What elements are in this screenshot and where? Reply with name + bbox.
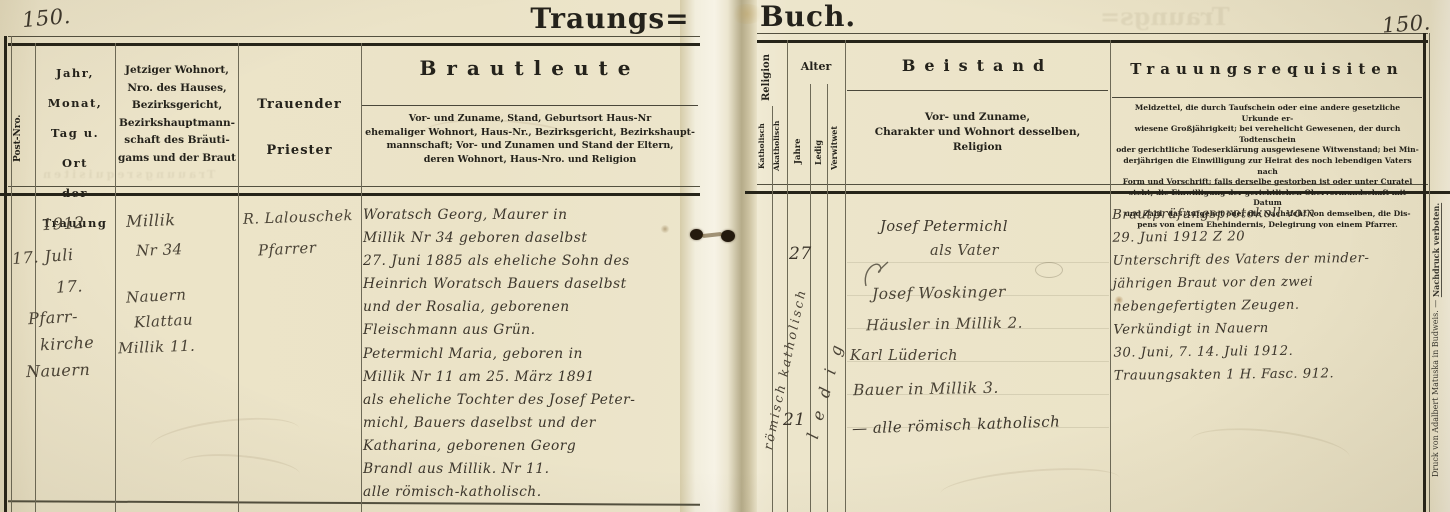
table-rule [362,105,698,106]
column-header-brautleute: Brautleute [363,56,697,80]
table-rule [8,43,700,46]
page-number-left: 150. [21,4,72,32]
column-header-jahre: Jahre [793,116,807,186]
entry-residence: Klattau [134,310,194,331]
table-rule [847,90,1108,91]
column-header-priest: Trauender Priester [240,82,359,174]
column-header-brautleute-subtitle: Vor- und Zuname, Stand, Geburtsort Haus-… [365,112,695,166]
table-rule [757,40,1428,43]
paper-stain [730,4,764,24]
column-header-beistand-subtitle: Vor- und Zuname, Charakter und Wohnort d… [855,110,1100,155]
table-rule [845,40,846,512]
entry-year: 1912 [42,213,86,234]
column-header-katholisch: Katholisch [757,106,771,186]
column-header-date-place: Jahr, Monat, Tag u. Ort der Trauung [36,58,114,238]
printer-credit: Druck von Adalbert Matuska in Budweis. —… [1431,168,1446,512]
column-header-ledig: Ledig [813,120,826,186]
pen-flourish [860,258,894,288]
entry-place: Nauern [26,360,91,381]
book-title-left-half: Traungs= [520,2,700,35]
entry-day: 17. [56,276,84,296]
entry-brautleute: Woratsch Georg, Maurer in Millik Nr 34 g… [363,204,699,504]
entry-witness: Karl Lüderich [850,348,958,364]
table-rule [361,43,362,512]
entry-age-bride: 21 [783,410,806,430]
entry-witness: Josef Petermichl [880,219,1008,235]
column-header-religion: Religion [761,48,776,106]
entry-place: Pfarr- [28,307,79,329]
table-rule [11,36,12,512]
entry-residence: Millik [126,210,176,231]
book-title-right-half: Buch. [760,0,870,33]
entry-residence: Millik 11. [118,337,196,358]
printer-credit-text: Druck von Adalbert Matuska in Budweis. — [1431,297,1440,477]
column-header-post-nro: Post-Nro. [13,88,27,188]
table-rule [8,36,700,37]
table-rule [757,33,1428,34]
entry-residence: Nauern [126,285,187,306]
binding-smudge [702,232,722,238]
table-rule [1110,40,1111,512]
table-rule [115,43,116,512]
printer-credit-warning: Nachdruck verboten. [1431,203,1441,297]
scanned-marriage-register-spread: Trauungsrequisiten Traungs= 150. Traungs… [0,0,1450,512]
entry-trauungsrequisiten: Brautprüfungsprotokoll vom 29. Juni 1912… [1112,200,1436,387]
entry-age-groom: 27 [789,244,812,264]
column-header-alter: Alter [787,60,845,73]
table-rule [787,40,788,512]
column-header-verwitwet: Verwitwet [829,110,843,186]
entry-priest-title: Pfarrer [258,238,317,259]
entry-place: kirche [40,333,95,355]
binding-hole-icon [721,230,735,242]
entry-residence: Nr 34 [136,240,183,260]
entry-witness-occupation: Häusler in Millik 2. [866,314,1023,335]
column-header-residence: Jetziger Wohnort, Nro. des Hauses, Bezir… [117,62,237,167]
bleedthrough-text: Traungs= [1100,2,1230,31]
column-header-beistand: Beistand [847,56,1108,75]
entry-witness-occupation: Bauer in Millik 3. [853,379,999,400]
table-rule [1112,97,1422,98]
entry-witness-role: als Vater [930,243,999,259]
column-header-akatholisch: Akatholisch [772,106,786,186]
ink-ring-mark [1035,262,1063,278]
column-header-trauungsrequisiten: Trauungsrequisiten [1112,60,1422,78]
table-rule [827,84,828,512]
table-rule [810,84,811,512]
entry-witness: Josef Woskinger [872,283,1006,303]
table-rule [238,43,239,512]
table-rule [4,36,7,512]
